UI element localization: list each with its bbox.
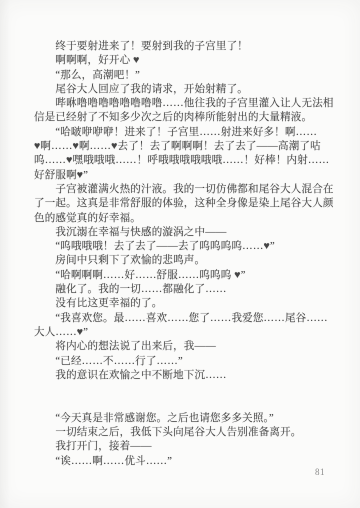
text-line: 没有比这更幸福的了。	[34, 297, 338, 311]
text-line: “呜哦哦哦！去了去了——去了呜呜呜呜……♥”	[34, 240, 338, 254]
page-number: 81	[315, 467, 325, 478]
text-line: “哈啊啊啊……好……舒服……呜呜呜 ♥”	[34, 269, 338, 283]
text-line: 尾谷大人回应了我的请求，开始射精了。	[34, 83, 338, 97]
text-line: 终于要射进来了！要射到我的子宫里了！	[34, 40, 338, 54]
text-line: 大人……♥”	[34, 326, 338, 340]
text-line: “我喜欢您。最……喜欢……您了……我爱您……尾谷……	[34, 312, 338, 326]
text-line: 我打开门，接着——	[34, 440, 338, 454]
text-line: 房间中只剩下了欢愉的悲鸣声。	[34, 254, 338, 268]
text-line: 哔咻噜噜噜噜噜噜噜噜……他往我的子宫里灌入让人无法相	[34, 97, 338, 111]
text-line: “那么，高潮吧！”	[34, 69, 338, 83]
text-line: 好舒服啊♥”	[34, 169, 338, 183]
blank-line	[34, 397, 338, 411]
text-line: 我沉溺在幸福与快感的漩涡之中——	[34, 226, 338, 240]
text-line: 将内心的想法说了出来后，我——	[34, 340, 338, 354]
text-line: “诶……啊……优斗……”	[34, 455, 338, 469]
text-line: 我的意识在欢愉之中不断地下沉……	[34, 369, 338, 383]
blank-line	[34, 383, 338, 397]
text-line: “已经……不……行了……”	[34, 355, 338, 369]
text-block: 终于要射进来了！要射到我的子宫里了！ 啊啊啊，好开心 ♥ “那么，高潮吧！” 尾…	[34, 40, 338, 469]
text-line: 融化了。我的一切……都融化了……	[34, 283, 338, 297]
text-line: ♥啊……♥啊……♥去了！去了啊啊啊！去了去了——高潮了咕	[34, 140, 338, 154]
text-line: 信是已经射了不知多少次之后的肉棒所能射出的大量精液。	[34, 111, 338, 125]
text-line: 色的感觉真的好幸福。	[34, 212, 338, 226]
book-page: 终于要射进来了！要射到我的子宫里了！ 啊啊啊，好开心 ♥ “那么，高潮吧！” 尾…	[0, 0, 360, 508]
text-line: 子宫被灌满火热的汁液。我的一切仿佛都和尾谷大人混合在	[34, 183, 338, 197]
text-line: 了一起。这真是非常舒服的体验，这种全身像是染上尾谷大人颜	[34, 197, 338, 211]
text-line: 啊啊啊，好开心 ♥	[34, 54, 338, 68]
text-line: 呜……♥嘿哦哦哦……！呼哦哦哦哦哦哦……！好棒！内射……	[34, 154, 338, 168]
text-line: “今天真是非常感谢您。之后也请您多多关照。”	[34, 412, 338, 426]
text-line: 一切结束之后，我低下头向尾谷大人告别准备离开。	[34, 426, 338, 440]
text-line: “哈啵咿咿咿！进来了！子宫里……射进来好多！啊……	[34, 126, 338, 140]
